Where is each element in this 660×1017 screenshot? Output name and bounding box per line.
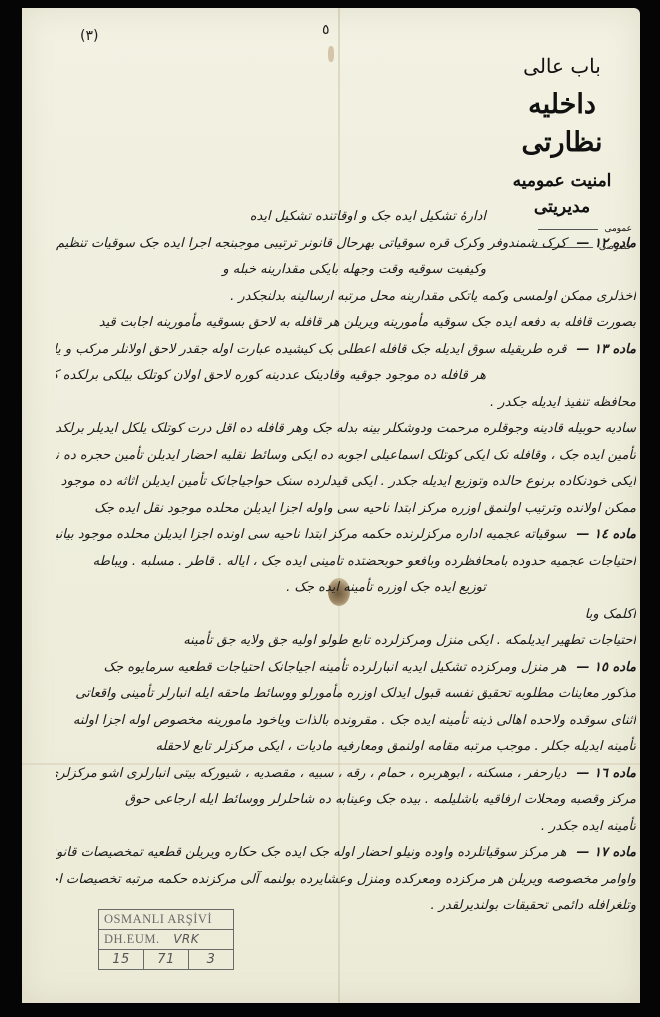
text-line: دیارحفر ، مسکنه ، ابوهربره ، حمام ، رقه …: [56, 766, 566, 781]
article-16-first-line: ماده ١٦ —دیارحفر ، مسکنه ، ابوهربره ، حم…: [56, 761, 636, 788]
article-label: ماده ١٧ —: [576, 845, 636, 860]
text-line: مرکز وقصبه ومحلات ارفاقیه باشلیلمه . بید…: [56, 787, 636, 814]
text-line: اکلمک وبا: [56, 602, 636, 629]
text-line: ادارهٔ تشکیل ایده جک و اوقاتنده تشکیل ای…: [56, 204, 636, 231]
archive-stamp: OSMANLI ARŞİVİ DH.EUM. VRK 15 71 3: [98, 909, 234, 970]
text-line: هر مرکز سوقیاتلرده واوده ونیلو احضار اول…: [56, 845, 566, 860]
text-line: قره طریقیله سوق ایدیله جک قافله اعطلی بک…: [56, 342, 566, 357]
stamp-cell-file: 71: [144, 950, 189, 969]
small-stain-mark: [328, 46, 334, 62]
text-line: تأمینه ایدیله جکلر . موجب مرتبه مقامه او…: [56, 734, 636, 761]
letterhead-bab-i-ali: باب عالى: [492, 52, 632, 80]
stamp-catalog-cells: 15 71 3: [99, 950, 233, 969]
text-line: سوقیاته عجمیه اداره مرکزلرنده حکمه مرکز …: [56, 527, 566, 542]
stamp-cell-box: 15: [99, 950, 144, 969]
top-center-marker: ٥: [322, 22, 330, 38]
text-line: اخذلری ممکن اولمسی وکمه یاتکی مقدارینه م…: [56, 284, 636, 311]
article-12-first-line: ماده ١٢ —کرک شمندوفر وکرک قره سوقیاتی به…: [56, 231, 636, 258]
article-label: ماده ١٣ —: [576, 342, 636, 357]
document-body: ادارهٔ تشکیل ایده جک و اوقاتنده تشکیل ای…: [56, 204, 636, 920]
article-label: ماده ١٦ —: [576, 766, 636, 781]
text-line: بصورت قافله به دفعه ایده جک سوقیه مأموری…: [56, 310, 636, 337]
page-number-marker: (٣): [80, 28, 98, 44]
stamp-title: OSMANLI ARŞİVİ: [99, 910, 233, 930]
document-page: (٣) ٥ باب عالى داخليه نظارتى امنيت عمومي…: [22, 8, 640, 1003]
text-line: توزیع ایده جک اوزره تأمینه ایده جک .: [56, 575, 636, 602]
stamp-cell-sheet: 3: [189, 950, 233, 969]
text-line: هر قافله ده موجود جوقیه وقادینک عددینه ک…: [56, 363, 636, 390]
text-line: مذکور معاینات مطلوبه تحقیق نفسه قبول اید…: [56, 681, 636, 708]
stamp-fund-label: DH.EUM.: [104, 932, 160, 946]
text-line: واوامر مخصوصه ویریلن هر مرکزده ومعرکده و…: [56, 867, 636, 894]
text-line: ایکی خودنکاده برنوع حالده وتوزیع ایدیله …: [56, 469, 636, 496]
text-line: محافظه تنفیذ ایدیله جکدر .: [56, 390, 636, 417]
text-line: اثنای سوقده ولاحده اهالی ذینه تأمینه اید…: [56, 708, 636, 735]
stamp-fund-row: DH.EUM. VRK: [99, 930, 233, 950]
article-14-first-line: ماده ١٤ —سوقیاته عجمیه اداره مرکزلرنده ح…: [56, 522, 636, 549]
article-label: ماده ١٤ —: [576, 527, 636, 542]
article-label: ماده ١٥ —: [576, 660, 636, 675]
text-line: وکیفیت سوقیه وقت وجهله بایکی مقدارینه خب…: [56, 257, 636, 284]
text-line: تأمین ایده جک ، وقافله نک ایکی کوتلک اسم…: [56, 443, 636, 470]
article-13-first-line: ماده ١٣ —قره طریقیله سوق ایدیله جک قافله…: [56, 337, 636, 364]
text-line: کرک شمندوفر وکرک قره سوقیاتی بهرحال قانو…: [56, 236, 566, 251]
article-17-first-line: ماده ١٧ —هر مرکز سوقیاتلرده واوده ونیلو …: [56, 840, 636, 867]
article-15-first-line: ماده ١٥ —هر منزل ومرکزده تشکیل ایدیه انب…: [56, 655, 636, 682]
stamp-fund-handwritten: VRK: [173, 932, 199, 946]
text-line: سادیه حوبیله قادینه وجوقلره مرحمت ودوشکل…: [56, 416, 636, 443]
text-line: هر منزل ومرکزده تشکیل ایدیه انبارلرده تأ…: [103, 660, 566, 675]
text-line: احتیاجات عجمیه حدوده بامحافظرده وبافعو ح…: [56, 549, 636, 576]
letterhead-ministry: داخليه نظارتى: [492, 86, 632, 162]
text-line: احتیاجات تطهیر ایدیلمکه . ایکی منزل ومرک…: [56, 628, 636, 655]
text-line: تأمینه ایده جکدر .: [56, 814, 636, 841]
text-line: ممکن اولانده وترتیب اولنمق اوزره مرکز اب…: [56, 496, 636, 523]
article-label: ماده ١٢ —: [576, 236, 636, 251]
